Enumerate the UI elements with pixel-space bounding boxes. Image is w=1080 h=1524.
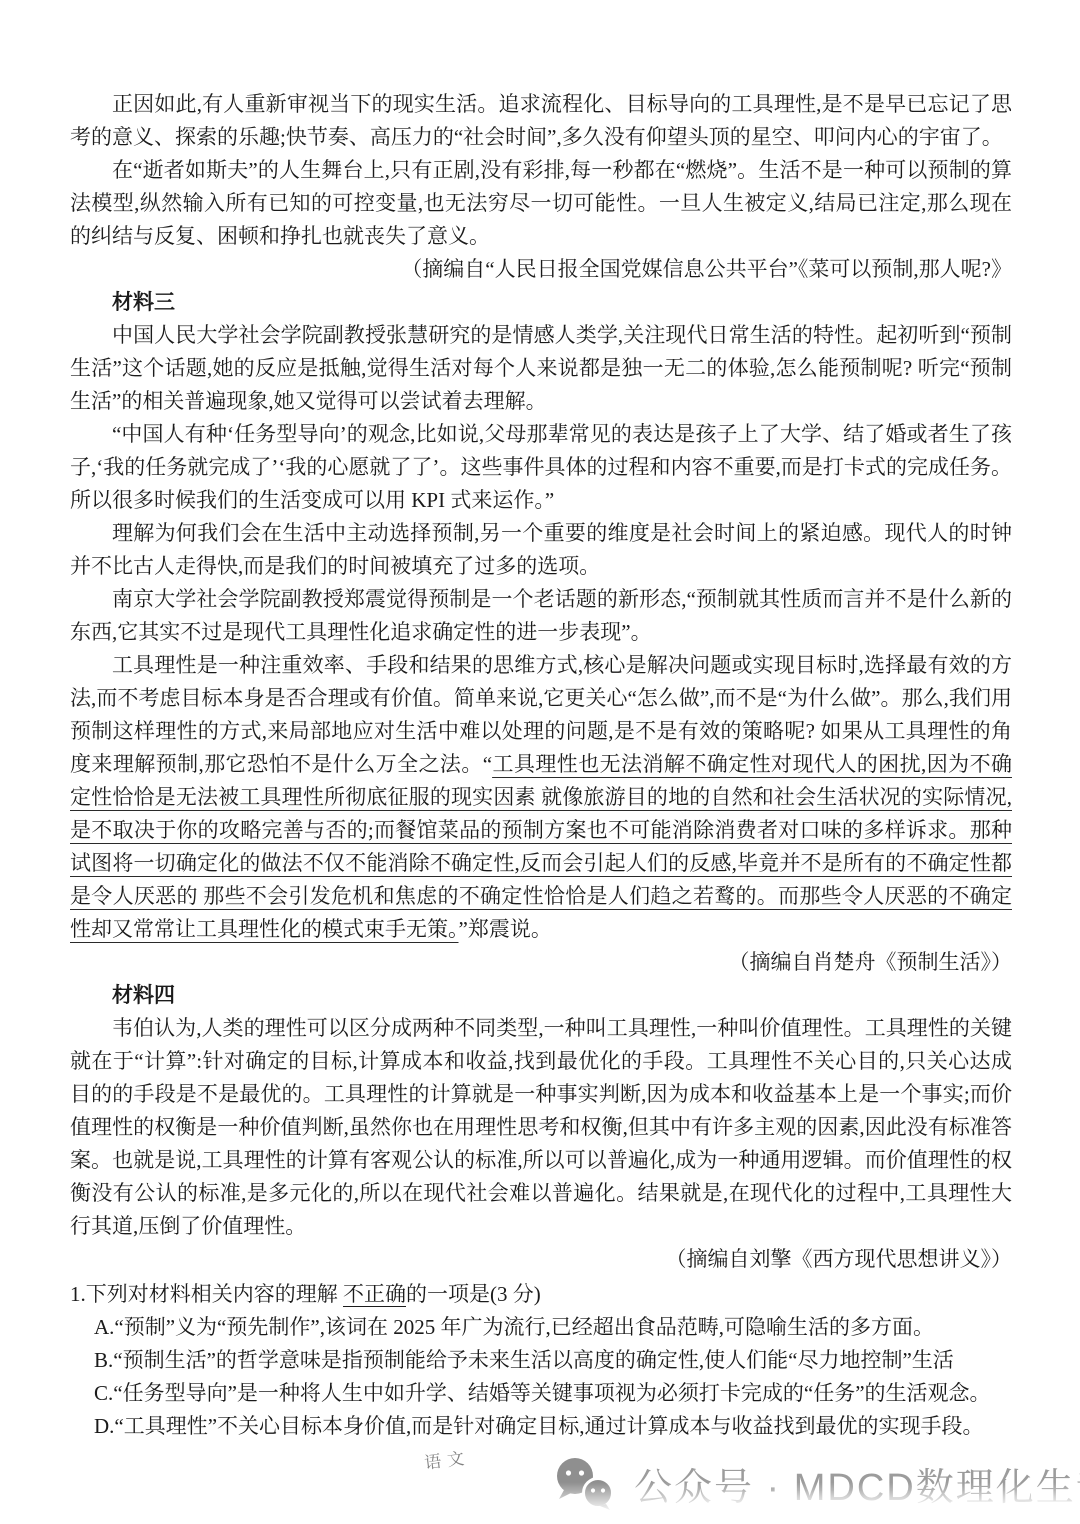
exam-page: 正因如此,有人重新审视当下的现实生活。追求流程化、目标导向的工具理性,是不是早已… bbox=[0, 0, 1080, 1524]
material3-paragraph-3: 理解为何我们会在生活中主动选择预制,另一个重要的维度是社会时间上的紧迫感。现代人… bbox=[70, 517, 1012, 583]
material2-paragraph-1: 正因如此,有人重新审视当下的现实生活。追求流程化、目标导向的工具理性,是不是早已… bbox=[70, 88, 1012, 154]
page-subject-label: 语文 bbox=[423, 1443, 472, 1473]
material3-paragraph-2: “中国人有种‘任务型导向’的观念,比如说,父母那辈常见的表达是孩子上了大学、结了… bbox=[70, 418, 1012, 517]
reading-passages: 正因如此,有人重新审视当下的现实生活。追求流程化、目标导向的工具理性,是不是早已… bbox=[70, 88, 1012, 1443]
wechat-watermark: 公众号 · MDCD数理化生专项专题 bbox=[552, 1456, 1080, 1511]
material4-paragraph-1: 韦伯认为,人类的理性可以区分成两种不同类型,一种叫工具理性,一种叫价值理性。工具… bbox=[70, 1012, 1012, 1243]
question-1-stem: 1.下列对材料相关内容的理解 不正确的一项是(3 分) bbox=[70, 1278, 1012, 1311]
stem-emphasis: 不正确 bbox=[343, 1282, 406, 1306]
material3-heading: 材料三 bbox=[70, 286, 1012, 319]
material4-heading: 材料四 bbox=[70, 979, 1012, 1012]
question-1-option-a: A.“预制”义为“预先制作”,该词在 2025 年广为流行,已经超出食品范畴,可… bbox=[70, 1311, 1012, 1344]
question-1-option-b: B.“预制生活”的哲学意味是指预制能给予未来生活以高度的确定性,使人们能“尽力地… bbox=[70, 1344, 1012, 1377]
m3p5-underlined-quote: 工具理性也无法消解不确定性对现代人的困扰,因为不确定性恰恰是无法被工具理性所彻底… bbox=[70, 752, 1012, 941]
material3-paragraph-1: 中国人民大学社会学院副教授张慧研究的是情感人类学,关注现代日常生活的特性。起初听… bbox=[70, 319, 1012, 418]
watermark-text: 公众号 · MDCD数理化生专项专题 bbox=[634, 1456, 1080, 1511]
question-1-option-c: C.“任务型导向”是一种将人生中如升学、结婚等关键事项视为必须打卡完成的“任务”… bbox=[70, 1377, 1012, 1410]
question-1-option-d: D.“工具理性”不关心目标本身价值,而是针对确定目标,通过计算成本与收益找到最优… bbox=[70, 1410, 1012, 1443]
material4-attribution: （摘编自刘擎《西方现代思想讲义》） bbox=[70, 1243, 1012, 1276]
material2-paragraph-2: 在“逝者如斯夫”的人生舞台上,只有正剧,没有彩排,每一秒都在“燃烧”。生活不是一… bbox=[70, 154, 1012, 253]
question-1: 1.下列对材料相关内容的理解 不正确的一项是(3 分) A.“预制”义为“预先制… bbox=[70, 1278, 1012, 1443]
stem-pre: 1.下列对材料相关内容的理解 bbox=[70, 1282, 343, 1306]
material3-paragraph-5: 工具理性是一种注重效率、手段和结果的思维方式,核心是解决问题或实现目标时,选择最… bbox=[70, 649, 1012, 946]
wechat-icon bbox=[552, 1457, 618, 1511]
material3-attribution: （摘编自肖楚舟《预制生活》） bbox=[70, 946, 1012, 979]
material3-paragraph-4: 南京大学社会学院副教授郑震觉得预制是一个老话题的新形态,“预制就其性质而言并不是… bbox=[70, 583, 1012, 649]
m3p5-closing-text: ”郑震说。 bbox=[459, 917, 552, 941]
stem-post: 的一项是(3 分) bbox=[406, 1282, 541, 1306]
material2-attribution: （摘编自“人民日报全国党媒信息公共平台”《菜可以预制,那人呢?》 bbox=[70, 253, 1012, 286]
